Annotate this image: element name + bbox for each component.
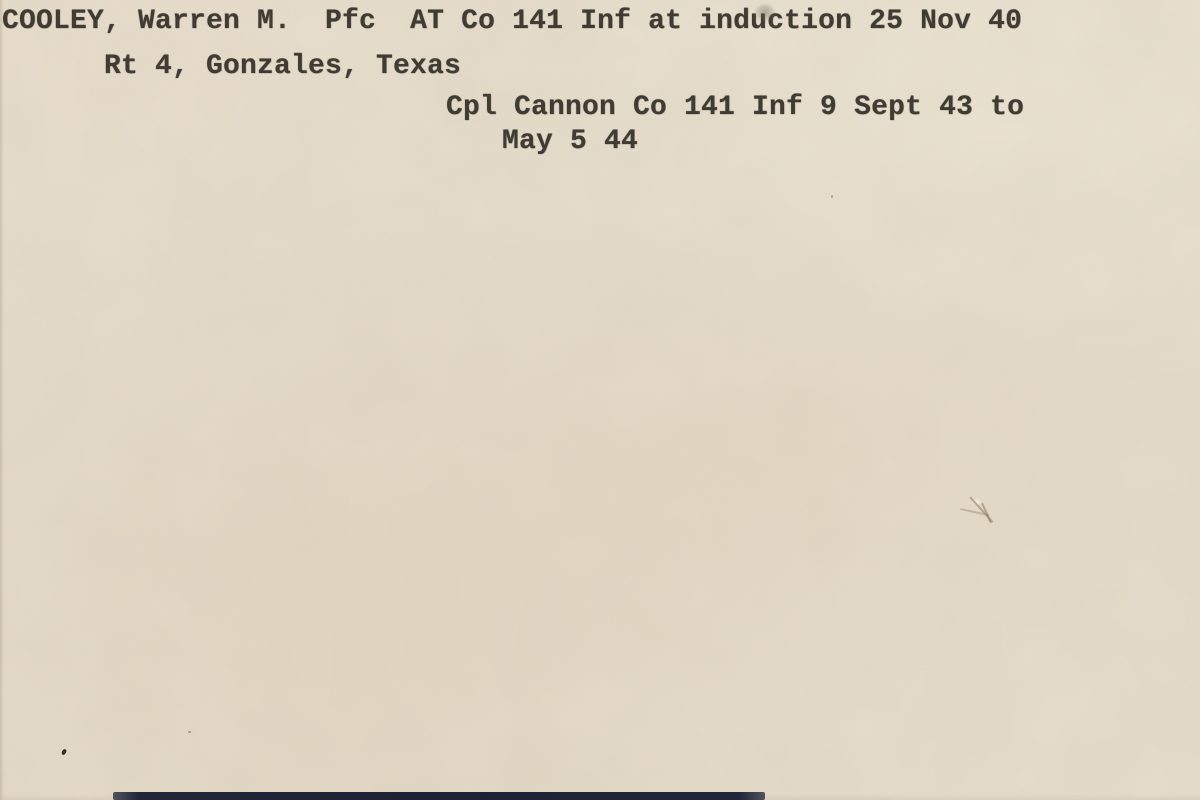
- typed-line-promotion-unit-date: Cpl Cannon Co 141 Inf 9 Sept 43 to: [446, 93, 1024, 123]
- scan-left-edge-shading: [0, 0, 4, 800]
- ink-smudge: [748, 2, 782, 32]
- paper-speck: [188, 731, 191, 733]
- scan-edge-strip: [113, 792, 765, 800]
- paper-speck: [61, 748, 67, 755]
- paper-speck: [831, 195, 833, 198]
- index-card-scan: COOLEY, Warren M. Pfc AT Co 141 Inf at i…: [0, 0, 1200, 800]
- typed-line-end-date: May 5 44: [502, 127, 638, 157]
- typed-line-name-rank-unit: COOLEY, Warren M. Pfc AT Co 141 Inf at i…: [2, 7, 1022, 37]
- typed-line-address: Rt 4, Gonzales, Texas: [104, 52, 461, 82]
- paper-scratch: [952, 492, 1014, 538]
